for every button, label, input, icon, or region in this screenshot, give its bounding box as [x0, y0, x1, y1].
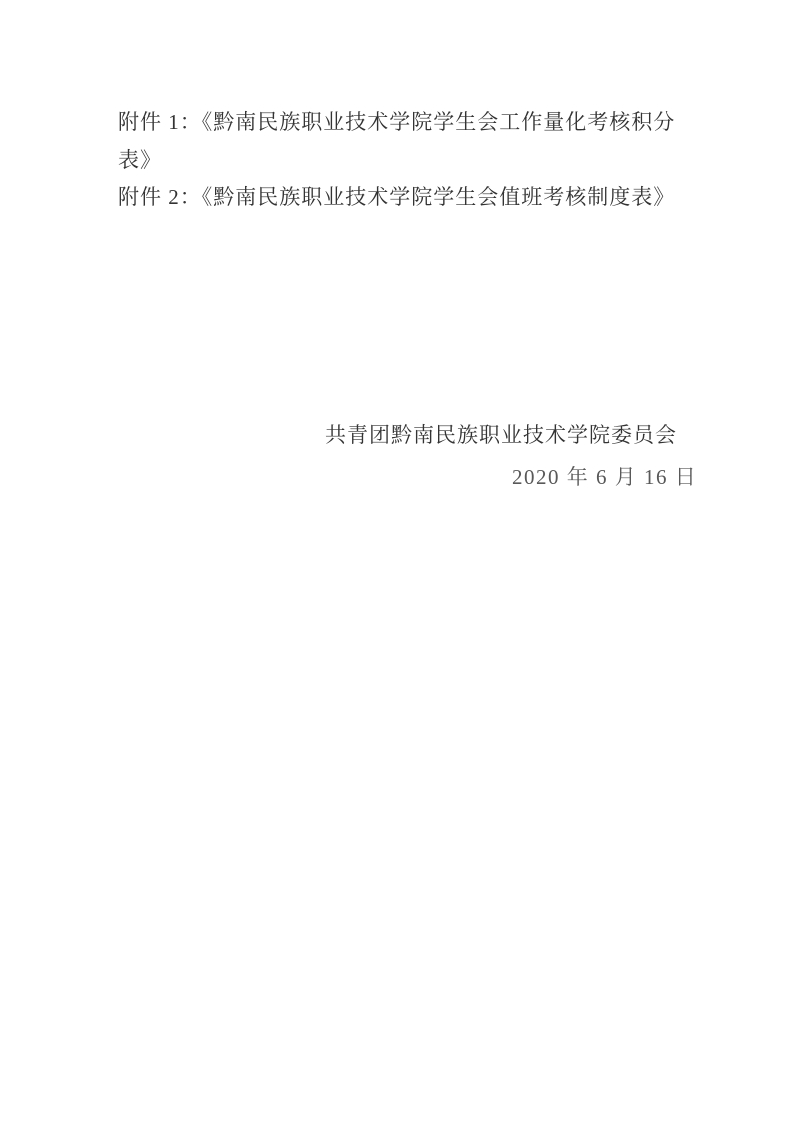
attachment-1-line-2: 表》	[118, 142, 703, 180]
signature-date: 2020 年 6 月 16 日	[512, 460, 697, 494]
attachment-1-line-1: 附件 1：《黔南民族职业技术学院学生会工作量化考核积分	[118, 104, 703, 142]
signature-organization: 共青团黔南民族职业技术学院委员会	[325, 418, 677, 452]
attachment-2-line: 附件 2：《黔南民族职业技术学院学生会值班考核制度表》	[118, 179, 703, 217]
document-page: 附件 1：《黔南民族职业技术学院学生会工作量化考核积分 表》 附件 2：《黔南民…	[0, 0, 793, 1122]
attachment-list: 附件 1：《黔南民族职业技术学院学生会工作量化考核积分 表》 附件 2：《黔南民…	[118, 104, 703, 217]
